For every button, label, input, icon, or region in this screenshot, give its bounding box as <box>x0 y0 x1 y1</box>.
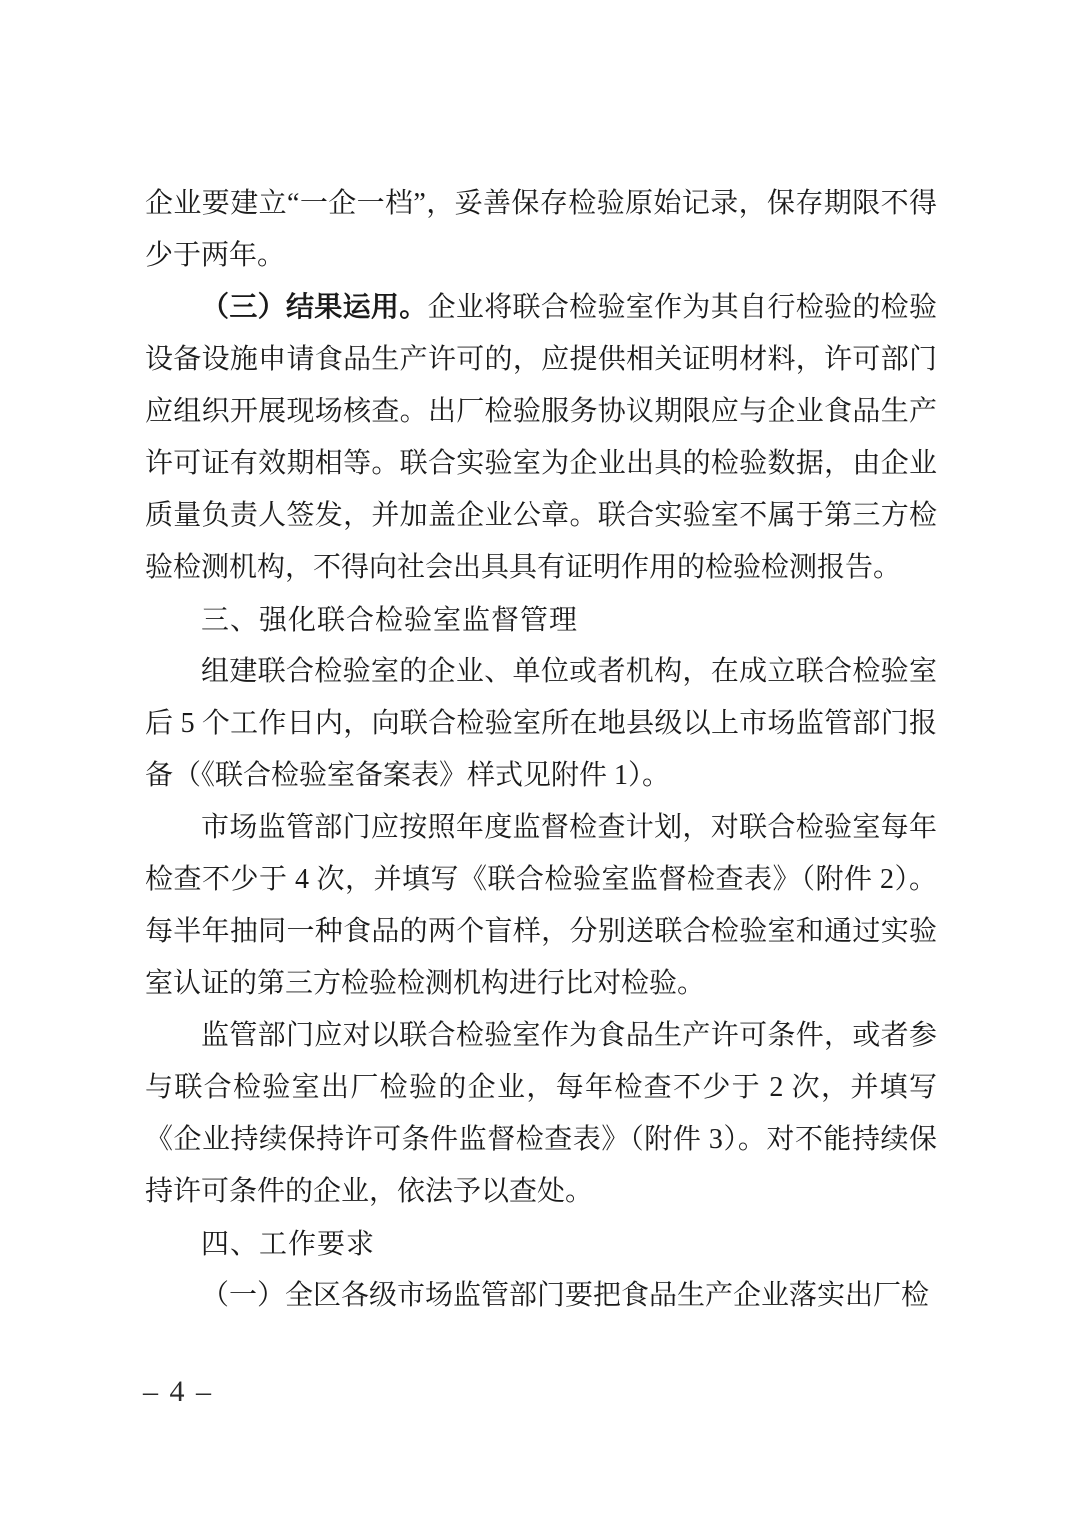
paragraph-supervision: 监管部门应对以联合检验室作为食品生产许可条件，或者参与联合检验室出厂检验的企业，… <box>145 1010 937 1218</box>
paragraph-lead-label: （三）结果运用。 <box>201 292 428 323</box>
section-heading-4: 四、工作要求 <box>145 1218 937 1270</box>
page-number: – 4 – <box>143 1368 213 1416</box>
paragraph-work-requirement: （一）全区各级市场监管部门要把食品生产企业落实出厂检 <box>145 1270 937 1322</box>
section-heading-3: 三、强化联合检验室监督管理 <box>145 594 937 646</box>
paragraph-lead-body: 企业将联合检验室作为其自行检验的检验设备设施申请食品生产许可的，应提供相关证明材… <box>145 292 937 583</box>
document-body: 企业要建立“一企一档”，妥善保存检验原始记录，保存期限不得少于两年。 （三）结果… <box>145 178 937 1322</box>
paragraph-filing: 组建联合检验室的企业、单位或者机构，在成立联合检验室后 5 个工作日内，向联合检… <box>145 646 937 802</box>
paragraph-inspection-plan: 市场监管部门应按照年度监督检查计划，对联合检验室每年检查不少于 4 次，并填写《… <box>145 802 937 1010</box>
document-page: 企业要建立“一企一档”，妥善保存检验原始记录，保存期限不得少于两年。 （三）结果… <box>0 0 1074 1520</box>
paragraph-continuation: 企业要建立“一企一档”，妥善保存检验原始记录，保存期限不得少于两年。 <box>145 178 937 282</box>
paragraph-result-application: （三）结果运用。企业将联合检验室作为其自行检验的检验设备设施申请食品生产许可的，… <box>145 282 937 594</box>
